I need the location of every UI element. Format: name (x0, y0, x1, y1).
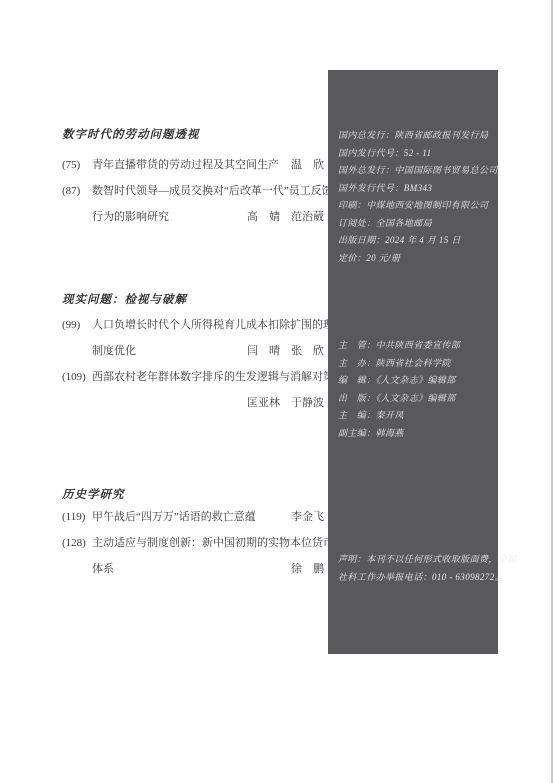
toc-row-continuation: 体系 徐 鹏 (62, 556, 324, 582)
toc-row: (87) 数智时代领导—成员交换对“后改革一代”员工反馈规避 (62, 178, 324, 204)
page-number (62, 390, 92, 416)
page-number: (87) (62, 178, 92, 204)
page-number (62, 338, 92, 364)
section-rows: (99) 人口负增长时代个人所得税育儿成本扣除扩围的理论逻辑与 制度优化 闫 晴… (62, 312, 324, 416)
colophon-line: 编 辑：《人文杂志》编辑部 (338, 372, 492, 390)
colophon-box: 国内总发行：陕西省邮政报刊发行局 国内发行代号：52 - 11 国外总发行：中国… (328, 70, 498, 654)
journal-toc-page: 数字时代的劳动问题透视 (75) 青年直播带货的劳动过程及其空间生产 温 欣 (… (0, 0, 554, 783)
colophon-line: 出 版：《人文杂志》编辑部 (338, 390, 492, 408)
staff-info: 主 管：中共陕西省委宣传部 主 办：陕西省社会科学院 编 辑：《人文杂志》编辑部… (338, 337, 492, 442)
colophon-line: 副主编：韩海燕 (338, 425, 492, 443)
article-title: 主动适应与制度创新：新中国初期的实物本位货币核算 (92, 530, 356, 556)
page-number (62, 204, 92, 230)
toc-row: (128) 主动适应与制度创新：新中国初期的实物本位货币核算 (62, 530, 324, 556)
section-rows: (119) 甲午战后“四万万”话语的救亡意蕴 李金飞 (128) 主动适应与制度… (62, 504, 324, 582)
colophon-line: 国外发行代号：BM343 (338, 180, 492, 198)
article-title (92, 390, 241, 416)
article-authors: 温 欣 (285, 152, 324, 178)
colophon-line: 国外总发行：中国国际图书贸易总公司 (338, 162, 492, 180)
fee-notice: 声明：本刊不以任何形式收取版面费，全国 社科工作办举报电话：010 - 6309… (338, 551, 492, 586)
toc-section-real-issues: 现实问题：检视与破解 (99) 人口负增长时代个人所得税育儿成本扣除扩围的理论逻… (62, 293, 324, 416)
colophon-line: 定价：20 元/册 (338, 250, 492, 268)
article-authors: 徐 鹏 (285, 556, 324, 582)
article-title: 数智时代领导—成员交换对“后改革一代”员工反馈规避 (92, 178, 355, 204)
article-title: 青年直播带货的劳动过程及其空间生产 (92, 152, 285, 178)
colophon-line: 印刷：中煤地西安地图制印有限公司 (338, 197, 492, 215)
page-number: (99) (62, 312, 92, 338)
page-number: (119) (62, 504, 92, 530)
page-number (62, 556, 92, 582)
toc-row-authors-only: 匡亚林 于静波 (62, 390, 324, 416)
article-authors: 匡亚林 于静波 (241, 390, 324, 416)
article-authors: 高 婧 范治葳 (241, 204, 324, 230)
section-heading: 数字时代的劳动问题透视 (62, 128, 324, 142)
article-authors: 闫 晴 张 欣 (241, 338, 324, 364)
page-number: (75) (62, 152, 92, 178)
section-heading: 现实问题：检视与破解 (62, 293, 324, 307)
page-edge-line (551, 0, 553, 783)
toc-section-digital-labor: 数字时代的劳动问题透视 (75) 青年直播带货的劳动过程及其空间生产 温 欣 (… (62, 128, 324, 230)
distribution-info: 国内总发行：陕西省邮政报刊发行局 国内发行代号：52 - 11 国外总发行：中国… (338, 127, 492, 267)
section-rows: (75) 青年直播带货的劳动过程及其空间生产 温 欣 (87) 数智时代领导—成… (62, 152, 324, 230)
page-number: (109) (62, 364, 92, 390)
colophon-line: 主 管：中共陕西省委宣传部 (338, 337, 492, 355)
article-title: 行为的影响研究 (92, 204, 241, 230)
article-authors: 李金飞 (285, 504, 324, 530)
toc-section-history: 历史学研究 (119) 甲午战后“四万万”话语的救亡意蕴 李金飞 (128) 主… (62, 488, 324, 582)
toc-row-continuation: 制度优化 闫 晴 张 欣 (62, 338, 324, 364)
toc-row: (119) 甲午战后“四万万”话语的救亡意蕴 李金飞 (62, 504, 324, 530)
colophon-line: 主 编：秦开凤 (338, 407, 492, 425)
article-title: 甲午战后“四万万”话语的救亡意蕴 (92, 504, 285, 530)
colophon-line: 主 办：陕西省社会科学院 (338, 355, 492, 373)
article-title: 制度优化 (92, 338, 241, 364)
colophon-line: 国内总发行：陕西省邮政报刊发行局 (338, 127, 492, 145)
colophon-line: 国内发行代号：52 - 11 (338, 145, 492, 163)
toc-row: (99) 人口负增长时代个人所得税育儿成本扣除扩围的理论逻辑与 (62, 312, 324, 338)
toc-row: (109) 西部农村老年群体数字排斥的生发逻辑与消解对策 (62, 364, 324, 390)
colophon-line: 订阅处：全国各地邮局 (338, 215, 492, 233)
section-heading: 历史学研究 (62, 488, 324, 502)
toc-row-continuation: 行为的影响研究 高 婧 范治葳 (62, 204, 324, 230)
page-number: (128) (62, 530, 92, 556)
colophon-line: 出版日期：2024 年 4 月 15 日 (338, 232, 492, 250)
article-title: 西部农村老年群体数字排斥的生发逻辑与消解对策 (92, 364, 334, 390)
colophon-line: 声明：本刊不以任何形式收取版面费，全国 (338, 551, 492, 569)
toc-row: (75) 青年直播带货的劳动过程及其空间生产 温 欣 (62, 152, 324, 178)
article-title: 体系 (92, 556, 285, 582)
colophon-line: 社科工作办举报电话：010 - 63098272。 (338, 569, 492, 587)
